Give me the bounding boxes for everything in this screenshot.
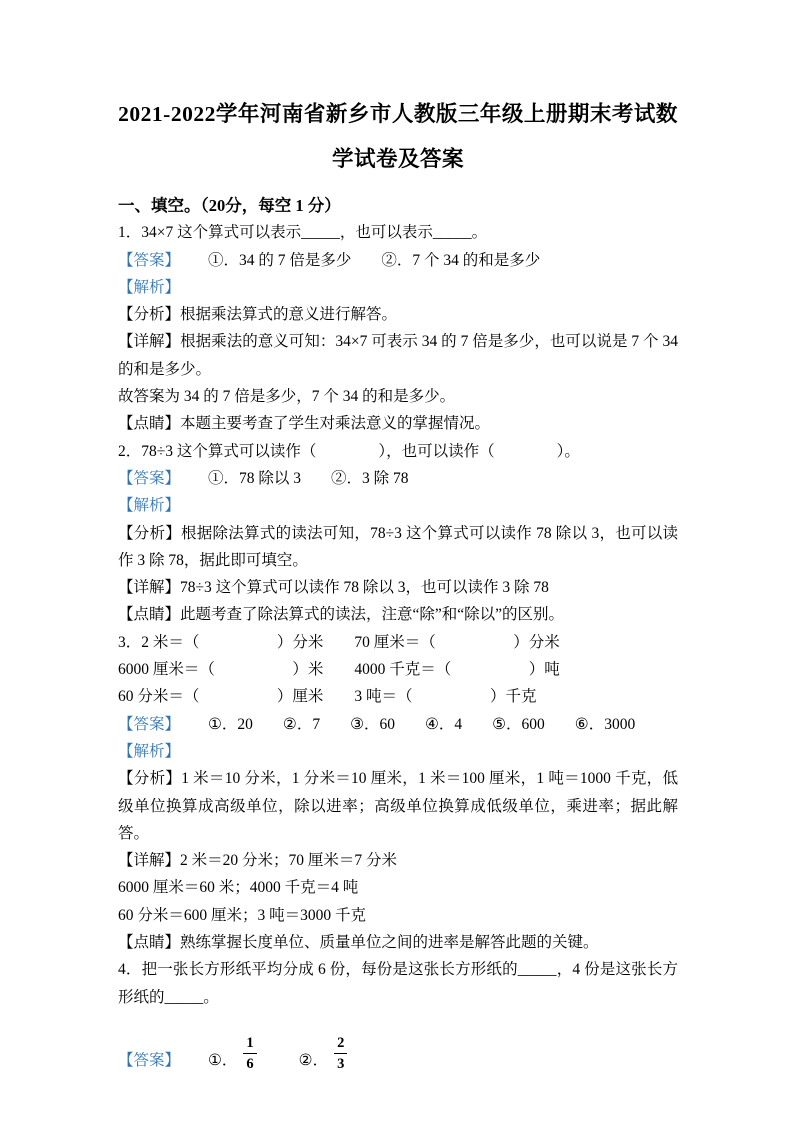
q3-xiangjie-line-3: 60 分米＝600 厘米；3 吨＝3000 千克: [118, 902, 678, 929]
question-3-line-2: 6000 厘米＝（ ）米 4000 千克＝（ ）吨: [118, 656, 678, 683]
q3-answer-item-3: ③．60: [350, 716, 395, 733]
q4-answer-2: ②． 2 3: [299, 1034, 348, 1071]
question-3-text-3: 60 分米＝（ ）厘米 3 吨＝（ ）千克: [118, 688, 537, 705]
question-1-text: 1．34×7 这个算式可以表示_____，也可以表示_____。: [118, 224, 487, 241]
q3-xiangjie-line-2: 6000 厘米＝60 米；4000 千克＝4 吨: [118, 874, 678, 901]
fraction-two-thirds: 2 3: [334, 1034, 347, 1073]
fraction-one-sixth: 1 6: [243, 1034, 256, 1073]
question-3-text-2: 6000 厘米＝（ ）米 4000 千克＝（ ）吨: [118, 661, 560, 678]
q1-dianjing-line: 【点睛】本题主要考查了学生对乘法意义的掌握情况。: [118, 410, 678, 437]
q3-answer-item-5: ⑤．600: [492, 716, 545, 733]
answer-label: 【答案】: [118, 716, 180, 733]
q3-answer-item-2: ②．7: [283, 716, 320, 733]
fenxi-label: 【分析】: [118, 770, 181, 787]
xiangjie-label: 【详解】: [118, 852, 180, 869]
q1-fenxi-line: 【分析】根据乘法算式的意义进行解答。: [118, 301, 678, 328]
q2-jiexi-line: 【解析】: [118, 492, 678, 519]
q2-answer-item-1: ①．78 除以 3: [208, 470, 301, 487]
q1-xiangjie-line: 【详解】根据乘法的意义可知：34×7 可表示 34 的 7 倍是多少，也可以说是…: [118, 328, 678, 383]
question-4-text: 4．把一张长方形纸平均分成 6 份，每份是这张长方形纸的_____，4 份是这张…: [118, 961, 678, 1005]
xiangjie-label: 【详解】: [118, 579, 180, 596]
exam-document-page: 2021-2022学年河南省新乡市人教版三年级上册期末考试数学试卷及答案 一、填…: [0, 0, 794, 1123]
fenxi-label: 【分析】: [118, 306, 180, 323]
fenxi-label: 【分析】: [118, 525, 181, 542]
q4-answer-1-prefix: ①．: [208, 1048, 237, 1070]
q1-dianjing-text: 本题主要考查了学生对乘法意义的掌握情况。: [180, 415, 490, 432]
dianjing-label: 【点睛】: [118, 606, 180, 623]
q3-dianjing-line: 【点睛】熟练掌握长度单位、质量单位之间的进率是解答此题的关键。: [118, 929, 678, 956]
fraction-denominator: 6: [243, 1054, 256, 1073]
question-1: 1．34×7 这个算式可以表示_____，也可以表示_____。: [118, 219, 678, 246]
jiexi-label: 【解析】: [118, 743, 180, 760]
q1-answer-line: 【答案】①．34 的 7 倍是多少②．7 个 34 的和是多少: [118, 247, 678, 274]
q4-answer-line: 【答案】 ①． 1 6 ②． 2 3: [118, 1015, 678, 1071]
q3-xiangjie-text-2: 6000 厘米＝60 米；4000 千克＝4 吨: [118, 879, 358, 896]
q1-answer-item-2: ②．7 个 34 的和是多少: [381, 252, 540, 269]
q2-xiangjie-line: 【详解】78÷3 这个算式可以读作 78 除以 3，也可以读作 3 除 78: [118, 574, 678, 601]
q3-xiangjie-text-1: 2 米＝20 分米；70 厘米＝7 分米: [180, 852, 397, 869]
q3-xiangjie-line-1: 【详解】2 米＝20 分米；70 厘米＝7 分米: [118, 847, 678, 874]
jiexi-label: 【解析】: [118, 279, 180, 296]
q3-answer-line: 【答案】①．20②．7③．60④．4⑤．600⑥．3000: [118, 711, 678, 738]
fraction-denominator: 3: [334, 1054, 347, 1073]
q2-fenxi-text: 根据除法算式的读法可知，78÷3 这个算式可以读作 78 除以 3，也可以读作 …: [118, 525, 678, 569]
question-3-text-1: 3．2 米＝（ ）分米 70 厘米＝（ ）分米: [118, 634, 560, 651]
q2-dianjing-line: 【点睛】此题考查了除法算式的读法，注意“除”和“除以”的区别。: [118, 601, 678, 628]
answer-label: 【答案】: [118, 470, 180, 487]
q4-answer-2-prefix: ②．: [299, 1048, 328, 1070]
q3-dianjing-text: 熟练掌握长度单位、质量单位之间的进率是解答此题的关键。: [180, 934, 599, 951]
q1-conclusion-line: 故答案为 34 的 7 倍是多少，7 个 34 的和是多少。: [118, 383, 678, 410]
answer-label: 【答案】: [118, 252, 180, 269]
answer-label: 【答案】: [118, 1048, 180, 1070]
q4-answer-1: ①． 1 6: [208, 1034, 257, 1071]
question-2-text: 2．78÷3 这个算式可以读作（ ），也可以读作（ ）。: [118, 443, 580, 460]
document-title: 2021-2022学年河南省新乡市人教版三年级上册期末考试数学试卷及答案: [118, 92, 678, 182]
q3-fenxi-text: 1 米＝10 分米，1 分米＝10 厘米，1 米＝100 厘米，1 吨＝1000…: [118, 770, 678, 842]
q1-fenxi-text: 根据乘法算式的意义进行解答。: [180, 306, 397, 323]
question-4: 4．把一张长方形纸平均分成 6 份，每份是这张长方形纸的_____，4 份是这张…: [118, 956, 678, 1011]
fraction-numerator: 2: [334, 1034, 347, 1054]
q3-jiexi-line: 【解析】: [118, 738, 678, 765]
q2-answer-item-2: ②．3 除 78: [331, 470, 409, 487]
q2-dianjing-text: 此题考查了除法算式的读法，注意“除”和“除以”的区别。: [180, 606, 564, 623]
dianjing-label: 【点睛】: [118, 415, 180, 432]
q3-answer-item-6: ⑥．3000: [575, 716, 635, 733]
q1-xiangjie-text: 根据乘法的意义可知：34×7 可表示 34 的 7 倍是多少，也可以说是 7 个…: [118, 333, 678, 377]
question-2: 2．78÷3 这个算式可以读作（ ），也可以读作（ ）。: [118, 438, 678, 465]
q3-answer-item-4: ④．4: [425, 716, 462, 733]
dianjing-label: 【点睛】: [118, 934, 180, 951]
question-3-line-3: 60 分米＝（ ）厘米 3 吨＝（ ）千克: [118, 683, 678, 710]
q2-fenxi-line: 【分析】根据除法算式的读法可知，78÷3 这个算式可以读作 78 除以 3，也可…: [118, 520, 678, 575]
q1-jiexi-line: 【解析】: [118, 274, 678, 301]
xiangjie-label: 【详解】: [118, 333, 180, 350]
section-heading: 一、填空。（20分，每空 1 分）: [118, 192, 678, 219]
jiexi-label: 【解析】: [118, 497, 180, 514]
question-3-line-1: 3．2 米＝（ ）分米 70 厘米＝（ ）分米: [118, 629, 678, 656]
q3-xiangjie-text-3: 60 分米＝600 厘米；3 吨＝3000 千克: [118, 907, 366, 924]
q2-xiangjie-text: 78÷3 这个算式可以读作 78 除以 3，也可以读作 3 除 78: [180, 579, 549, 596]
q3-fenxi-line: 【分析】1 米＝10 分米，1 分米＝10 厘米，1 米＝100 厘米，1 吨＝…: [118, 765, 678, 847]
q2-answer-line: 【答案】①．78 除以 3②．3 除 78: [118, 465, 678, 492]
q1-conclusion-text: 故答案为 34 的 7 倍是多少，7 个 34 的和是多少。: [118, 388, 455, 405]
q1-answer-item-1: ①．34 的 7 倍是多少: [208, 252, 351, 269]
fraction-numerator: 1: [243, 1034, 256, 1054]
q3-answer-item-1: ①．20: [208, 716, 253, 733]
